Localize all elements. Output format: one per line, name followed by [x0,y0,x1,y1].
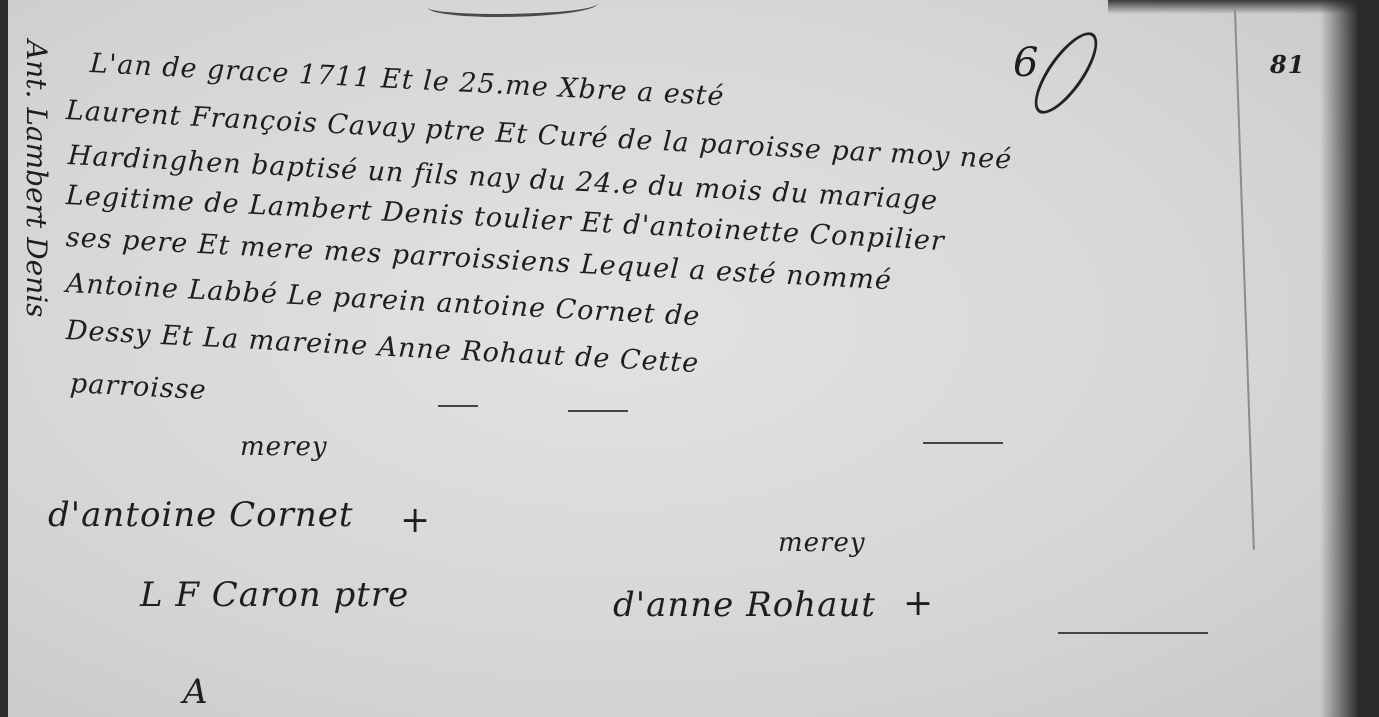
torn-edge [428,0,598,17]
margin-rule-line [1234,10,1255,550]
dash-mark [438,405,478,407]
binding-edge [0,0,8,717]
margin-note: Ant. Lambert Denis [20,40,53,318]
priest-signature: L F Caron ptre [140,575,409,615]
godfather-cross-mark: + [400,500,431,541]
right-page-shadow [1320,0,1360,717]
godmother-signature: d'anne Rohaut [613,585,876,625]
register-page: Ant. Lambert Denis 6 81 L'an de grace 17… [8,0,1360,717]
mark-note-1: merey [240,432,328,462]
entry-number: 6 [1013,40,1039,86]
bottom-fragment: A [183,672,209,712]
godfather-name-label: d'antoine Cornet [48,495,354,535]
signature-underline [1058,632,1208,634]
dash-mark [568,410,628,412]
folio-number: 81 [1270,50,1305,79]
text-line-8: parroisse [69,368,207,406]
mark-note-2: merey [778,528,866,558]
godmother-cross-mark: + [903,583,934,624]
dash-mark [923,442,1003,444]
godfather-signature: d'antoine Cornet [48,495,354,535]
